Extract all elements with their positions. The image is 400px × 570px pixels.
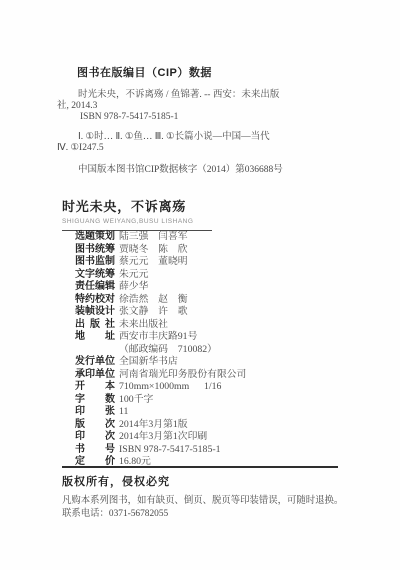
colophon-row-label: 开本 [75, 381, 115, 394]
colophon-row: 承印单位 河南省瑞光印务股份有限公司 [75, 369, 246, 382]
colophon-row-label: 印张 [75, 406, 115, 419]
cip-isbn-line: ISBN 978-7-5417-5185-1 [80, 112, 364, 123]
colophon-row-label: 责任编辑 [75, 281, 115, 294]
colophon-row-value: ISBN 978-7-5417-5185-1 [119, 444, 221, 457]
colophon-row: （邮政编码 710082） [75, 344, 246, 357]
colophon-row: 印次 2014年3月第1次印刷 [75, 431, 246, 444]
colophon-row-label: 图书统筹 [75, 244, 115, 257]
cip-record-number: 中国版本图书馆CIP数据核字（2014）第036688号 [78, 165, 364, 176]
colophon-row-label: 特约校对 [75, 294, 115, 307]
colophon-row-value: 薛少华 [119, 281, 148, 294]
colophon-row-label: 文字统筹 [75, 269, 115, 282]
colophon-row-label: 承印单位 [75, 369, 115, 382]
colophon-row-value: 710mm×1000mm 1/16 [119, 381, 221, 394]
cip-classification-line-2: Ⅳ. ①I247.5 [57, 143, 364, 154]
colophon-row: 责任编辑 薛少华 [75, 281, 246, 294]
colophon-row-value: 2014年3月第1次印刷 [119, 431, 207, 444]
cip-entry-line-1: 时光未央，不诉离殇 / 鱼锦著. -- 西安：未来出版 [57, 90, 364, 101]
colophon-row: 图书统筹 贾晓冬 陈 欣 [75, 244, 246, 257]
colophon-row: 文字统筹 朱元元 [75, 269, 246, 282]
book-title-pinyin: SHIGUANG WEIYANG,BUSU LISHANG [62, 218, 212, 225]
cip-section: 图书在版编目（CIP）数据 时光未央，不诉离殇 / 鱼锦著. -- 西安：未来出… [57, 68, 364, 176]
colophon-row: 开本 710mm×1000mm 1/16 [75, 381, 246, 394]
copyright-notice: 凡购本系列图书，如有缺页、倒页、脱页等印装错误，可随时退换。 [62, 495, 364, 508]
colophon-row-value: 朱元元 [119, 269, 148, 282]
colophon-row-value: 陆三强 闫喜军 [119, 231, 188, 244]
colophon-row: 选题策划 陆三强 闫喜军 [75, 231, 246, 244]
colophon-row: 书号 ISBN 978-7-5417-5185-1 [75, 444, 246, 457]
colophon-row-value: 蔡元元 董晓明 [119, 256, 188, 269]
colophon-row-value: 贾晓冬 陈 欣 [119, 244, 188, 257]
colophon-row-value: 100千字 [119, 394, 153, 407]
colophon-row: 出版社 未来出版社 [75, 319, 246, 332]
colophon-row-label: 选题策划 [75, 231, 115, 244]
colophon-row: 特约校对 徐浩然 赵 衡 [75, 294, 246, 307]
title-block: 时光未央，不诉离殇 SHIGUANG WEIYANG,BUSU LISHANG [62, 196, 212, 231]
copyright-divider-rule [62, 466, 338, 468]
colophon-row-label: 字数 [75, 394, 115, 407]
colophon-row-label: 书号 [75, 444, 115, 457]
book-title: 时光未央，不诉离殇 [62, 196, 212, 215]
colophon-row-value: 徐浩然 赵 衡 [119, 294, 188, 307]
cip-entry-line-2: 社, 2014.3 [57, 101, 364, 112]
colophon-row-label [75, 344, 115, 357]
colophon-row: 版次 2014年3月第1版 [75, 419, 246, 432]
colophon-row: 地址 西安市丰庆路91号 [75, 331, 246, 344]
colophon-row-label: 版次 [75, 419, 115, 432]
colophon-row-value: 全国新华书店 [119, 356, 178, 369]
colophon-row-value: 11 [119, 406, 128, 419]
cip-classification-line-1: Ⅰ. ①时… Ⅱ. ①鱼… Ⅲ. ①长篇小说—中国—当代 [57, 132, 364, 143]
colophon-row: 图书监制 蔡元元 董晓明 [75, 256, 246, 269]
colophon-row: 字数 100千字 [75, 394, 246, 407]
colophon-row-value: （邮政编码 710082） [119, 344, 217, 357]
colophon-row-value: 河南省瑞光印务股份有限公司 [119, 369, 246, 382]
copyright-phone: 联系电话：0371-56782055 [62, 508, 364, 521]
colophon-list: 选题策划 陆三强 闫喜军 图书统筹 贾晓冬 陈 欣 图书监制 蔡元元 董晓明 文… [75, 231, 246, 469]
colophon-row-value: 未来出版社 [119, 319, 168, 332]
cip-heading: 图书在版编目（CIP）数据 [77, 68, 364, 79]
copyright-heading: 版权所有，侵权必究 [62, 473, 364, 489]
colophon-row-label: 地址 [75, 331, 115, 344]
book-copyright-page: 图书在版编目（CIP）数据 时光未央，不诉离殇 / 鱼锦著. -- 西安：未来出… [0, 0, 400, 570]
colophon-row-label: 发行单位 [75, 356, 115, 369]
colophon-row-value: 2014年3月第1版 [119, 419, 188, 432]
copyright-section: 版权所有，侵权必究 凡购本系列图书，如有缺页、倒页、脱页等印装错误，可随时退换。… [62, 473, 364, 521]
colophon-row-label: 出版社 [75, 319, 115, 332]
colophon-row: 发行单位 全国新华书店 [75, 356, 246, 369]
colophon-row: 印张 11 [75, 406, 246, 419]
colophon-row-value: 张文静 许 歌 [119, 306, 188, 319]
colophon-row-label: 装帧设计 [75, 306, 115, 319]
colophon-row: 装帧设计 张文静 许 歌 [75, 306, 246, 319]
colophon-row-label: 印次 [75, 431, 115, 444]
colophon-row-label: 图书监制 [75, 256, 115, 269]
colophon-row-value: 西安市丰庆路91号 [119, 331, 197, 344]
